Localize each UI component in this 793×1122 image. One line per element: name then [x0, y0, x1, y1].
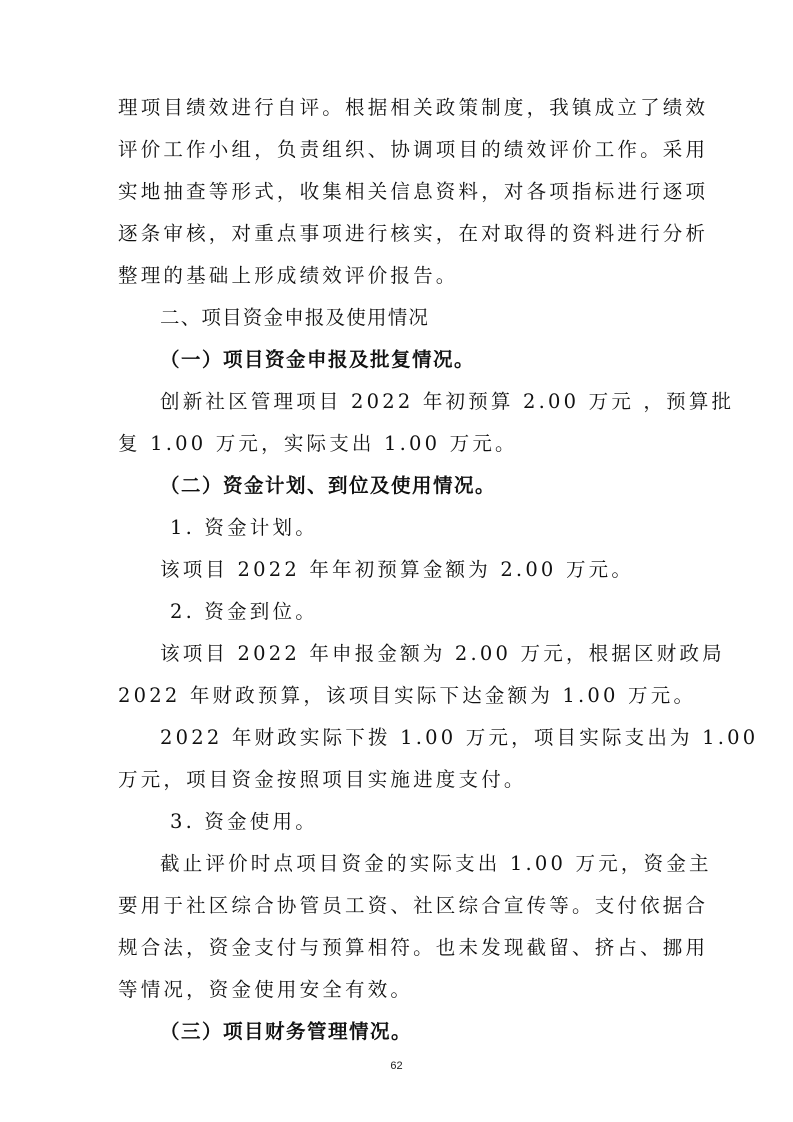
body-text-line: 复 1.00 万元，实际支出 1.00 万元。 — [118, 431, 678, 457]
body-text-line: 规合法，资金支付与预算相符。也未发现截留、挤占、挪用 — [118, 935, 678, 961]
body-text-line: 2022 年财政实际下拨 1.00 万元，项目实际支出为 1.00 — [160, 725, 680, 751]
body-text-line: 理项目绩效进行自评。根据相关政策制度，我镇成立了绩效 — [118, 95, 678, 121]
body-text-line: 该项目 2022 年年初预算金额为 2.00 万元。 — [160, 557, 680, 583]
subsection-heading: （二）资金计划、到位及使用情况。 — [160, 473, 680, 499]
numbered-item: 2. 资金到位。 — [170, 599, 730, 625]
body-text-line: 等情况，资金使用安全有效。 — [118, 977, 678, 1003]
numbered-item: 1. 资金计划。 — [170, 515, 730, 541]
body-text-line: 2022 年财政预算，该项目实际下达金额为 1.00 万元。 — [118, 683, 678, 709]
section-heading: 二、项目资金申报及使用情况 — [160, 305, 680, 331]
body-text-line: 整理的基础上形成绩效评价报告。 — [118, 263, 678, 289]
body-text-line: 逐条审核，对重点事项进行核实，在对取得的资料进行分析 — [118, 221, 678, 247]
body-text-line: 创新社区管理项目 2022 年初预算 2.00 万元 ，预算批 — [160, 389, 680, 415]
page-number: 62 — [0, 1060, 793, 1072]
body-text-line: 要用于社区综合协管员工资、社区综合宣传等。支付依据合 — [118, 893, 678, 919]
body-text-line: 万元，项目资金按照项目实施进度支付。 — [118, 767, 678, 793]
body-text-line: 截止评价时点项目资金的实际支出 1.00 万元，资金主 — [160, 851, 680, 877]
document-page: 理项目绩效进行自评。根据相关政策制度，我镇成立了绩效 评价工作小组，负责组织、协… — [0, 0, 793, 1122]
subsection-heading: （三）项目财务管理情况。 — [160, 1019, 680, 1045]
body-text-line: 实地抽查等形式，收集相关信息资料，对各项指标进行逐项 — [118, 179, 678, 205]
body-text-line: 评价工作小组，负责组织、协调项目的绩效评价工作。采用 — [118, 137, 678, 163]
body-text-line: 该项目 2022 年申报金额为 2.00 万元，根据区财政局 — [160, 641, 680, 667]
numbered-item: 3. 资金使用。 — [170, 809, 730, 835]
subsection-heading: （一）项目资金申报及批复情况。 — [160, 347, 680, 373]
